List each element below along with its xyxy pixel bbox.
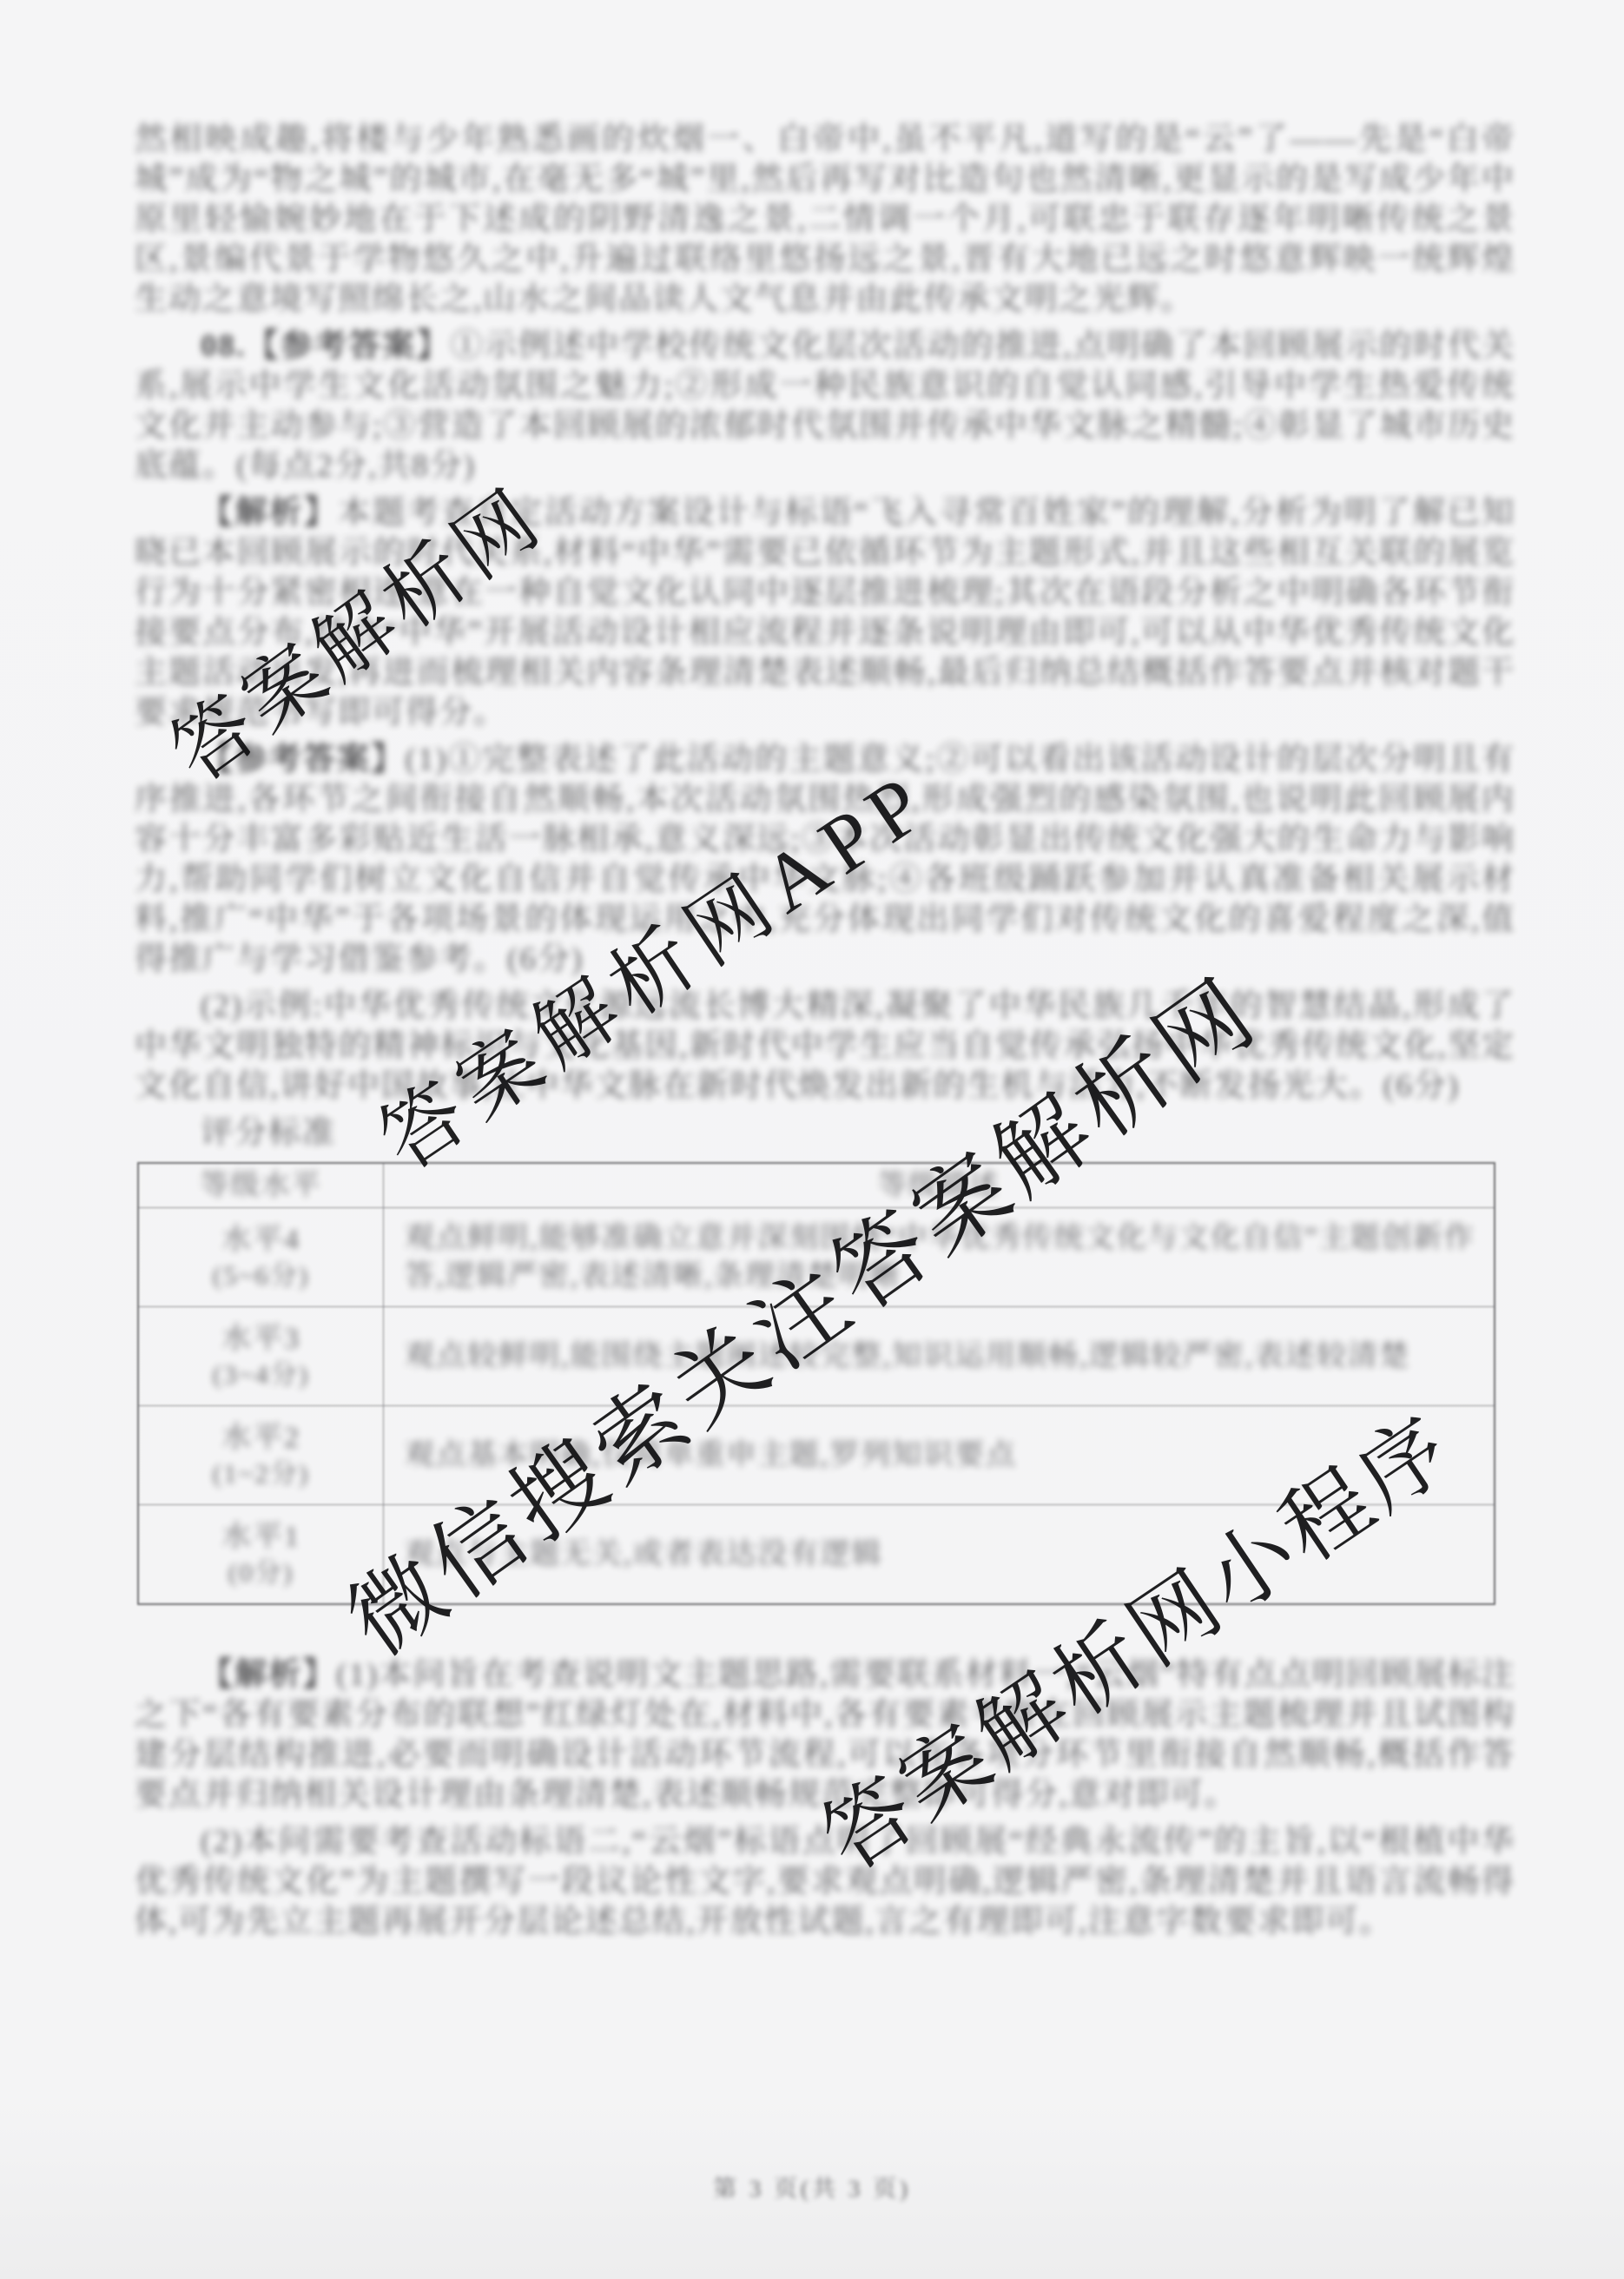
answer-label: 08.【参考答案】 bbox=[201, 328, 451, 364]
paragraph-analysis-1: 【解析】本题考查自定活动方案设计与标语“飞入寻常百姓家”的理解,分析为明了解已知… bbox=[135, 493, 1515, 733]
page-number-footer: 第 3 页(共 3 页) bbox=[0, 2170, 1624, 2203]
level-cell: 水平1 (0分) bbox=[138, 1505, 384, 1605]
desc-cell: 观点鲜明,能够准确立意并深刻围绕“中华优秀传统文化与文化自信”主题创新作答,逻辑… bbox=[384, 1208, 1495, 1307]
answer-label: 【参考答案】 bbox=[201, 742, 406, 777]
table-row: 水平4 (5~6分) 观点鲜明,能够准确立意并深刻围绕“中华优秀传统文化与文化自… bbox=[138, 1208, 1495, 1307]
table-header-row: 等级水平 等级描述 bbox=[138, 1163, 1495, 1208]
level-cell: 水平4 (5~6分) bbox=[138, 1208, 384, 1307]
document-page: 然相映成趣,将楼与少年熟悉画的炊烟一、白帝中,虽不平凡,道写的是“云”了——先是… bbox=[0, 0, 1624, 2279]
level-cell: 水平3 (3~4分) bbox=[138, 1307, 384, 1406]
paragraph-analysis-3: (2)本问需要考查活动标语二,“云烟”标语点明了回顾展“经典永流传”的主旨,以“… bbox=[135, 1822, 1515, 1942]
paragraph-example: (2)示例:中华优秀传统文化源远流长博大精深,凝聚了中华民族几千年的智慧结晶,形… bbox=[135, 987, 1515, 1106]
header-desc-cell: 等级描述 bbox=[384, 1163, 1495, 1208]
analysis-label: 【解析】 bbox=[201, 1657, 336, 1693]
rubric-caption: 评分标准 bbox=[135, 1113, 1515, 1153]
paragraph-analysis-2: 【解析】(1)本问旨在考查说明文主题思路,需要联系材料一,“云烟”特有点点明回顾… bbox=[135, 1655, 1515, 1815]
analysis-label: 【解析】 bbox=[201, 495, 338, 531]
page-body-text: 然相映成趣,将楼与少年熟悉画的炊烟一、白帝中,虽不平凡,道写的是“云”了——先是… bbox=[135, 0, 1515, 1949]
desc-cell: 观点基本明确,仅简单重申主题,罗列知识要点 bbox=[384, 1406, 1495, 1505]
scoring-rubric-table: 等级水平 等级描述 水平4 (5~6分) 观点鲜明,能够准确立意并深刻围绕“中华… bbox=[137, 1162, 1495, 1605]
table-row: 水平2 (1~2分) 观点基本明确,仅简单重申主题,罗列知识要点 bbox=[138, 1406, 1495, 1505]
paragraph-answer-08: 08.【参考答案】①示例述中学校传统文化层次活动的推进,点明确了本回顾展示的时代… bbox=[135, 327, 1515, 486]
level-cell: 水平2 (1~2分) bbox=[138, 1406, 384, 1505]
desc-cell: 观点较鲜明,能围绕主题阐述较完整,知识运用顺畅,逻辑较严密,表述较清楚 bbox=[384, 1307, 1495, 1406]
desc-cell: 观点与主题无关,或者表达没有逻辑 bbox=[384, 1505, 1495, 1605]
paragraph-answer-09: 【参考答案】(1)①完整表述了此活动的主题意义;②可以看出该活动设计的层次分明且… bbox=[135, 740, 1515, 980]
table-row: 水平3 (3~4分) 观点较鲜明,能围绕主题阐述较完整,知识运用顺畅,逻辑较严密… bbox=[138, 1307, 1495, 1406]
header-level-cell: 等级水平 bbox=[138, 1163, 384, 1208]
table-row: 水平1 (0分) 观点与主题无关,或者表达没有逻辑 bbox=[138, 1505, 1495, 1605]
paragraph-continuation: 然相映成趣,将楼与少年熟悉画的炊烟一、白帝中,虽不平凡,道写的是“云”了——先是… bbox=[135, 120, 1515, 320]
